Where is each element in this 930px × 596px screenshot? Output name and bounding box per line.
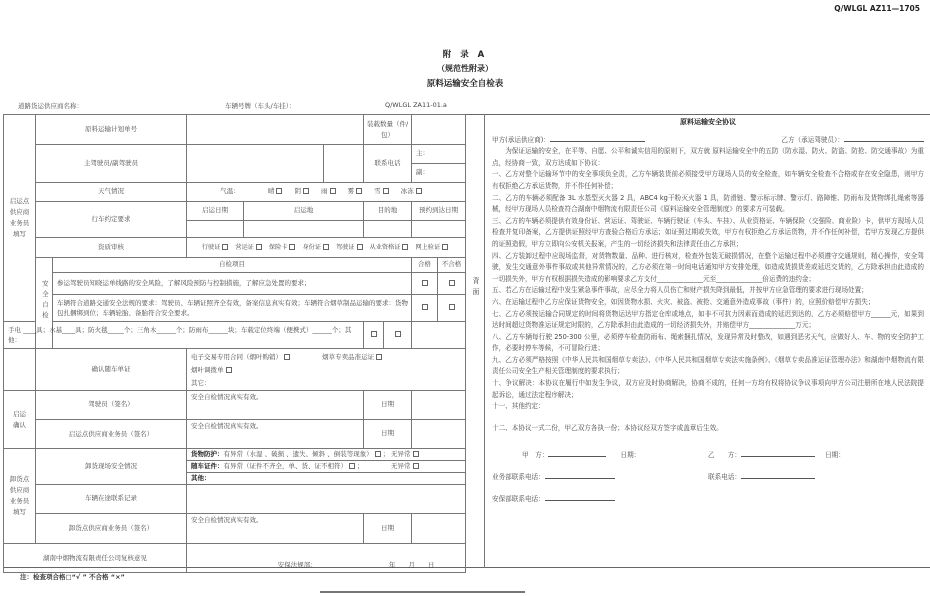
form-code: Q/WLGL ZA11-01.a — [385, 101, 447, 109]
form-title: 原料运输安全自检表 — [0, 77, 930, 89]
checkbox-icon[interactable] — [356, 188, 362, 194]
checkbox-icon[interactable] — [449, 304, 455, 310]
biz-phone-field[interactable] — [545, 478, 615, 479]
clause-6: 六、在运输过程中乙方应保证货物安全，如因货物水损、火灾、被盗、被抢、交通意外造成… — [492, 297, 924, 309]
dest-staff-statement: 安全自检情况真实有效。 — [187, 514, 364, 544]
dest-staff-date-field[interactable] — [412, 514, 466, 544]
route-header-destination: 目的地 — [364, 202, 412, 221]
doc-transport-permit[interactable]: 烟草专卖品准运证 — [322, 353, 384, 361]
docs-options: 电子交易专用合同（烟叶购销） 烟草专卖品准运证 烟叶调拨单 其它： — [187, 349, 466, 391]
checkbox-icon[interactable] — [226, 367, 232, 373]
qual-driver-license[interactable]: 驾驶证 — [336, 244, 365, 251]
qual-insurance-card[interactable]: 保险卡 — [269, 244, 298, 251]
sign-a-date[interactable]: 日期： — [620, 451, 640, 459]
checkbox-icon[interactable] — [376, 354, 382, 360]
docs-check-row: 随车证件：有异常（证件不齐全，单、货、证不相符）； 无异常 — [187, 461, 466, 473]
destination-field[interactable] — [364, 221, 412, 238]
weather-fog[interactable]: 雾 — [348, 187, 365, 195]
document-code: Q/WLGL AZ11—1705 — [834, 4, 920, 13]
security-phone-label: 安保部联系电话： — [492, 495, 545, 503]
self-check-table: 启运点供应商业务员填写 原料运输计划单号 装载数量（件/包） 主驾驶员/副驾驶员… — [3, 114, 465, 568]
clause-4: 四、乙方装卸过程中应现场监督，对货物数量、品种、进行核对，检查外包装无破损情况，… — [492, 251, 924, 286]
dest-staff-sign-label: 卸货点供应商业务员（签名） — [36, 514, 187, 544]
review-label: 湖南中烟物流有限责任公司复核意见 — [4, 544, 187, 573]
driver-sign-label: 驾驶员（签名） — [36, 391, 187, 420]
qual-operation-cert[interactable]: 营运证 — [235, 244, 264, 251]
origin-field[interactable] — [244, 221, 364, 238]
checkbox-icon[interactable] — [395, 331, 401, 337]
qualification-options: 行驶证 营运证 保险卡 身份证 驾驶证 从业资格证 网上验证 — [187, 238, 466, 258]
checkbox-icon[interactable] — [323, 244, 329, 250]
check-item-2-pass[interactable] — [412, 295, 438, 322]
checkbox-icon[interactable] — [422, 280, 428, 286]
sign-b-field[interactable] — [741, 456, 815, 457]
sub-phone-field[interactable]: 副： — [412, 164, 466, 183]
qual-online-verify[interactable]: 网上验证 — [415, 244, 450, 251]
route-header-origin: 启运地 — [244, 202, 364, 221]
checkbox-icon[interactable] — [256, 244, 262, 250]
review-date: 年 月 日 — [389, 561, 435, 569]
pass-header: 合格 — [412, 258, 438, 273]
route-label: 行车约定要求 — [36, 202, 187, 238]
checkbox-icon[interactable] — [413, 463, 419, 469]
dest-section-label: 卸货点供应商业务员填写 — [4, 449, 36, 544]
fail-header: 不合格 — [438, 258, 466, 273]
checkbox-icon[interactable] — [383, 188, 389, 194]
sign-b-label: 乙 方： — [708, 451, 741, 459]
transit-log-label: 车辆在途联系记录 — [36, 485, 187, 514]
agreement-title: 原料运输安全协议 — [492, 117, 924, 129]
checkbox-icon[interactable] — [303, 188, 309, 194]
clause-9: 九、乙方必须严格按照《中华人民共和国烟草专卖法》、《中华人民共和国烟草专卖法实施… — [492, 355, 924, 378]
route-header-start-date: 启运日期 — [187, 202, 244, 221]
check-item-1: 参运驾驶员知晓运单线路的安全风险，了解风险预防与控制措施，了解应急处置的要求； — [53, 273, 412, 295]
clause-5: 五、若乙方在运输过程中发生紧急事件事故，应尽全力将人员伤亡和财产损失降到最低，并… — [492, 285, 924, 297]
check-item-1-fail[interactable] — [438, 273, 466, 295]
plate-label: 车辆号牌（车头/车挂）： — [225, 101, 295, 110]
check-item-2: 车辆符合道路交通安全法规的要求：驾驶员、车辆证照齐全有效，备案信息真实有效；车辆… — [53, 295, 412, 322]
drivers-label: 主驾驶员/副驾驶员 — [36, 145, 187, 183]
clause-12: 十二、本协议一式二份，甲乙双方各执一份；本协议经双方签字或盖章后生效。 — [492, 423, 924, 435]
plan-no-label: 原料运输计划单号 — [36, 115, 187, 145]
origin-staff-statement: 安全自检情况真实有效。 — [187, 420, 364, 449]
security-phone-row: 安保部联系电话： — [492, 494, 924, 506]
sign-a-field[interactable] — [548, 456, 606, 457]
driver-statement: 安全自检情况真实有效。 — [187, 391, 364, 420]
check-item-3-pass[interactable] — [364, 322, 384, 349]
qual-driving-license[interactable]: 行驶证 — [202, 244, 231, 251]
doc-transfer-slip[interactable]: 烟叶调拨单 — [191, 366, 234, 374]
weather-snow[interactable]: 雪 — [374, 187, 391, 195]
unload-other-field[interactable]: 其他： — [187, 473, 466, 485]
load-qty-label: 装载数量（件/包） — [364, 115, 412, 145]
origin-staff-date-field[interactable] — [412, 420, 466, 449]
weather-rain[interactable]: 雨 — [321, 187, 338, 195]
driver-date-label: 日期 — [364, 391, 412, 420]
clause-10: 十、争议解决：本协议在履行中如发生争议，双方应及时协商解决，协商不成的，任何一方… — [492, 378, 924, 401]
back-side-column: 背面 — [465, 114, 485, 568]
review-field[interactable]: 安保法规部： 年 月 日 — [187, 544, 466, 573]
check-item-3-fail[interactable] — [384, 322, 412, 349]
check-item-1-pass[interactable] — [412, 273, 438, 295]
supplier-name-label: 道路货运供应商名称： — [18, 101, 83, 110]
clause-7: 七、乙方必须按运输合同规定的时间将货物运达甲方指定仓库或地点，如非不可抗力因素而… — [492, 309, 924, 332]
check-item-2-fail[interactable] — [438, 295, 466, 322]
main-driver-field[interactable] — [187, 145, 324, 183]
checkbox-icon[interactable] — [284, 354, 290, 360]
check-items-header: 自检项目 — [53, 258, 412, 273]
checkbox-icon[interactable] — [449, 280, 455, 286]
checkbox-icon[interactable] — [289, 244, 295, 250]
security-dept-label: 安保法规部： — [278, 561, 317, 569]
clause-11: 十一、其他约定： — [492, 401, 924, 413]
checkbox-icon[interactable] — [357, 244, 363, 250]
qual-practitioner-cert[interactable]: 从业资格证 — [370, 244, 411, 251]
weather-label: 天气情况 — [36, 183, 187, 202]
checkbox-icon[interactable] — [413, 451, 419, 457]
checkbox-icon[interactable] — [371, 331, 377, 337]
safety-agreement: 原料运输安全协议 甲方(承运供应商)： 乙方（承运驾驶员）： 为保证运输的安全，… — [486, 114, 930, 568]
checkbox-icon[interactable] — [276, 188, 282, 194]
sign-a-label: 甲 方： — [522, 451, 548, 459]
clause-2: 二、乙方的车辆必须配备 3L 水基型灭火器 2 具，ABC4 kg干粉灭火器 1… — [492, 193, 924, 216]
eta-field[interactable] — [412, 221, 466, 238]
start-date-field[interactable] — [187, 221, 244, 238]
driver-date-field[interactable] — [412, 391, 466, 420]
signature-row: 甲 方： 日期： 乙 方： 日期： — [492, 450, 924, 462]
load-qty-field[interactable] — [412, 115, 466, 145]
contact-phone-label: 联系电话： — [708, 473, 741, 481]
docs-label: 确认随车单证 — [36, 349, 187, 391]
docs-spacer — [4, 349, 36, 391]
weather-cloudy[interactable]: 阴 — [294, 187, 311, 195]
clause-1: 一、乙方对整个运输环节中的安全事项负全责，乙方车辆装货前必须接受甲方现场人员的安… — [492, 169, 924, 192]
checkbox-icon[interactable] — [402, 244, 408, 250]
checkbox-icon[interactable] — [330, 188, 336, 194]
party-b[interactable]: 乙方（承运驾驶员）： — [781, 135, 924, 147]
appendix-title: 附 录 A — [0, 48, 930, 60]
phone-label: 联系电话 — [364, 145, 412, 183]
unload-safety-label: 卸货现场安全情况 — [36, 449, 187, 485]
agreement-preamble: 为保证运输的安全，在平等、自愿、公平和诚实信用的原则下，双方就 原料运输安全中的… — [492, 146, 924, 169]
checkbox-icon[interactable] — [349, 463, 355, 469]
weather-options: 气温： 晴 阴 雨 雾 雪 冰冻 — [187, 183, 466, 202]
weather-ice[interactable]: 冰冻 — [401, 187, 424, 195]
co-driver-field[interactable] — [324, 145, 364, 183]
phone-row: 业务部联系电话： 联系电话： — [492, 472, 924, 484]
back-side-label: 背面 — [471, 276, 481, 298]
appendix-subtitle: （规范性附录） — [0, 63, 930, 74]
checkbox-icon[interactable] — [222, 244, 228, 250]
contact-phone-field[interactable] — [741, 478, 815, 479]
party-a[interactable]: 甲方(承运供应商)： — [492, 135, 645, 147]
clause-3: 三、乙方的车辆必须提供有效身份证、营运证、驾驶证、车辆行驶证（车头、车挂）、从业… — [492, 216, 924, 251]
security-phone-field[interactable] — [545, 500, 615, 501]
plan-no-field[interactable] — [187, 115, 364, 145]
check-note: 注：检查项合格□“√ ” 不合格 “×” — [20, 572, 125, 581]
biz-phone-label: 业务部联系电话： — [492, 473, 545, 481]
docs-other[interactable]: 其它： — [191, 379, 211, 387]
weather-sunny[interactable]: 晴 — [268, 187, 285, 195]
check-item-3: 手电 ____具；水基____具；防火毯_____个；三角木______个；防雨… — [4, 322, 364, 349]
checkbox-icon[interactable] — [416, 188, 422, 194]
main-phone-field[interactable]: 主： — [412, 145, 466, 164]
qual-id-card[interactable]: 身份证 — [302, 244, 331, 251]
clause-8: 八、乙方车辆每行驶 250-300 公里，必须停车检查防雨布、绳索捆扎情况，发现… — [492, 332, 924, 355]
doc-contract[interactable]: 电子交易专用合同（烟叶购销） — [191, 353, 292, 361]
route-header-eta: 预约到达日期 — [412, 202, 466, 221]
qualification-label: 资质审核 — [36, 238, 187, 258]
origin-staff-sign-label: 启运点供应商业务员（签名） — [36, 420, 187, 449]
origin-staff-date-label: 日期 — [364, 420, 412, 449]
page-divider — [320, 591, 525, 593]
origin-section-label: 启运点供应商业务员填写 — [4, 115, 36, 322]
depart-confirm-label: 启运确认 — [4, 391, 36, 449]
cargo-protection-row: 货物防护：有异常（水湿 、破损 、遗失、倾斜 、倒装等现象）； 无异常 — [187, 449, 466, 461]
checkbox-icon[interactable] — [442, 244, 448, 250]
dest-staff-date-label: 日期 — [364, 514, 412, 544]
agreement-parties: 甲方(承运供应商)： 乙方（承运驾驶员）： — [492, 135, 924, 147]
transit-log-field[interactable] — [187, 485, 466, 514]
sign-b-date[interactable]: 日期： — [825, 451, 845, 459]
checkbox-icon[interactable] — [375, 451, 381, 457]
checkbox-icon[interactable] — [422, 304, 428, 310]
temperature-label: 气温： — [220, 187, 240, 195]
